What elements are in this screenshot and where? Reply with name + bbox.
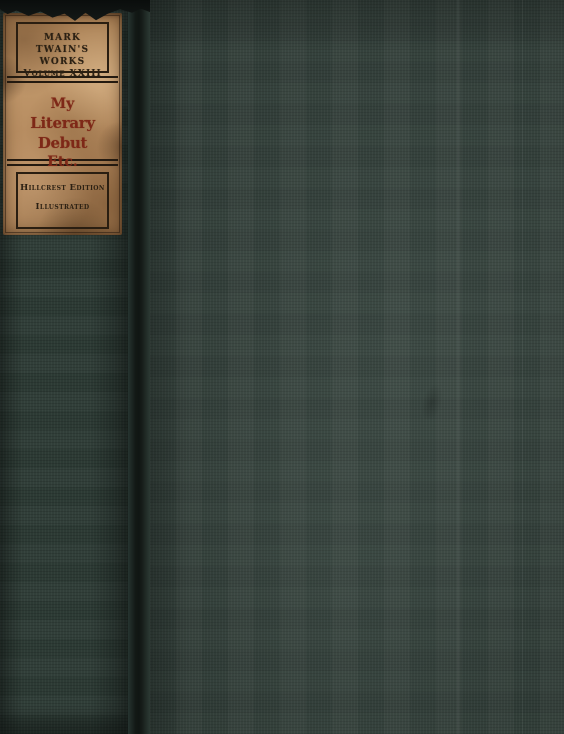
volume-number-text: Volume XXIII: [18, 68, 107, 80]
illustrated-text: Illustrated: [18, 202, 107, 212]
spine-hinge-groove: [128, 0, 150, 734]
cover-wear-streak: [457, 0, 459, 734]
label-edition-panel: Hillcrest Edition Illustrated: [6, 166, 119, 232]
edition-name-text: Hillcrest Edition: [18, 183, 107, 193]
series-works-text: WORKS: [18, 56, 107, 68]
label-edition-box: Hillcrest Edition Illustrated: [16, 172, 109, 229]
book-title-line2: Literary Debut: [6, 113, 119, 153]
spine-paper-label: MARK TWAIN'S WORKS Volume XXIII My Liter…: [3, 13, 122, 235]
cover-lighting-shade: [150, 0, 564, 734]
cover-wear-streak: [522, 0, 523, 734]
label-series-box: MARK TWAIN'S WORKS Volume XXIII: [16, 22, 109, 73]
book-title-line1: My: [6, 83, 119, 113]
label-series-panel: MARK TWAIN'S WORKS Volume XXIII: [6, 16, 119, 76]
book-photograph: MARK TWAIN'S WORKS Volume XXIII My Liter…: [0, 0, 564, 734]
book-spine: MARK TWAIN'S WORKS Volume XXIII My Liter…: [0, 0, 128, 734]
series-title-text: MARK TWAIN'S: [18, 32, 107, 56]
label-outer-frame: MARK TWAIN'S WORKS Volume XXIII My Liter…: [5, 15, 120, 233]
front-cover: [150, 0, 564, 734]
label-title-panel: My Literary Debut Etc.: [6, 83, 119, 159]
